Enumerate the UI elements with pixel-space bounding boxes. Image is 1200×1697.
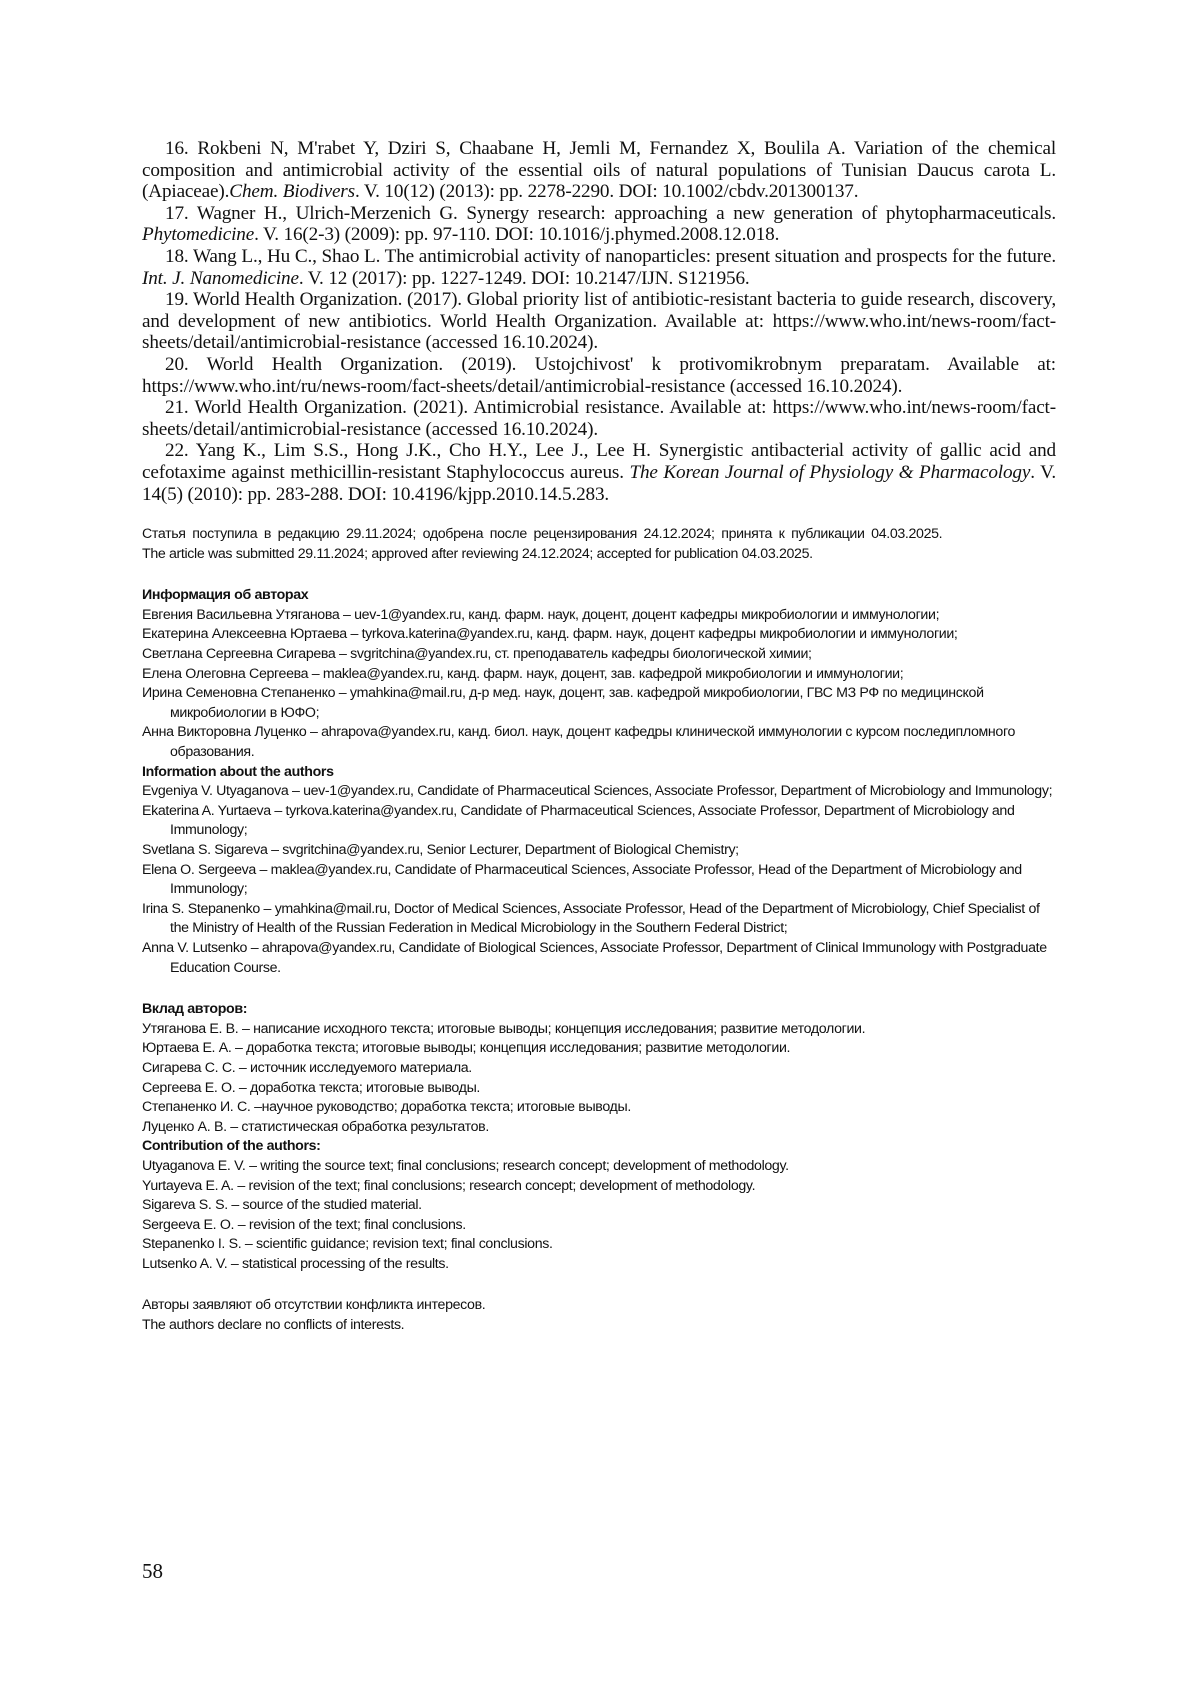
reference-item: 19. World Health Organization. (2017). G… [142,289,1056,354]
author-entry: Екатерина Алексеевна Юртаева – tyrkova.k… [142,625,1056,645]
author-entry: Anna V. Lutsenko – ahrapova@yandex.ru, C… [142,939,1056,978]
conflict-ru: Авторы заявляют об отсутствии конфликта … [142,1296,1056,1316]
author-contribution: Вклад авторов: Утяганова Е. В. – написан… [142,1000,1056,1274]
page-body: 16. Rokbeni N, M'rabet Y, Dziri S, Chaab… [142,138,1056,1336]
reference-list: 16. Rokbeni N, M'rabet Y, Dziri S, Chaab… [142,138,1056,505]
reference-item: 20. World Health Organization. (2019). U… [142,354,1056,397]
dates-en: The article was submitted 29.11.2024; ap… [142,545,1056,565]
author-entry: Ирина Семеновна Степаненко – ymahkina@ma… [142,684,1056,723]
author-entry: Elena O. Sergeeva – maklea@yandex.ru, Ca… [142,861,1056,900]
journal-title: The Korean Journal of Physiology & Pharm… [629,462,1030,483]
author-entry: Евгения Васильевна Утяганова – uev-1@yan… [142,606,1056,626]
author-entry: Светлана Сергеевна Сигарева – svgritchin… [142,645,1056,665]
author-entry: Svetlana S. Sigareva – svgritchina@yande… [142,841,1056,861]
contribution-line: Stepanenko I. S. – scientific guidance; … [142,1235,1056,1255]
author-info: Информация об авторах Евгения Васильевна… [142,586,1056,978]
contribution-line: Sergeeva E. O. – revision of the text; f… [142,1216,1056,1236]
reference-item: 17. Wagner H., Ulrich-Merzenich G. Syner… [142,203,1056,246]
contribution-heading-ru: Вклад авторов: [142,1000,1056,1020]
contribution-line: Lutsenko A. V. – statistical processing … [142,1255,1056,1275]
reference-item: 16. Rokbeni N, M'rabet Y, Dziri S, Chaab… [142,138,1056,203]
author-entry: Анна Викторовна Луценко – ahrapova@yande… [142,723,1056,762]
contribution-line: Юртаева Е. А. – доработка текста; итогов… [142,1039,1056,1059]
contribution-line: Луценко А. В. – статистическая обработка… [142,1118,1056,1138]
reference-item: 22. Yang K., Lim S.S., Hong J.K., Cho H.… [142,440,1056,505]
journal-title: Chem. Biodivers [229,181,355,202]
author-entry: Елена Олеговна Сергеева – maklea@yandex.… [142,665,1056,685]
contribution-line: Утяганова Е. В. – написание исходного те… [142,1020,1056,1040]
contribution-line: Сергеева Е. О. – доработка текста; итого… [142,1079,1056,1099]
author-entry: Evgeniya V. Utyaganova – uev-1@yandex.ru… [142,782,1056,802]
author-info-heading-ru: Информация об авторах [142,586,1056,606]
contribution-heading-en: Contribution of the authors: [142,1137,1056,1157]
reference-item: 18. Wang L., Hu C., Shao L. The antimicr… [142,246,1056,289]
reference-item: 21. World Health Organization. (2021). A… [142,397,1056,440]
contribution-line: Yurtayeva E. A. – revision of the text; … [142,1177,1056,1197]
conflict-en: The authors declare no conflicts of inte… [142,1316,1056,1336]
dates-ru: Статья поступила в редакцию 29.11.2024; … [142,525,1056,545]
author-entry: Irina S. Stepanenko – ymahkina@mail.ru, … [142,900,1056,939]
page-number: 58 [142,1559,163,1584]
author-entry: Ekaterina A. Yurtaeva – tyrkova.katerina… [142,802,1056,841]
contribution-line: Сигарева С. С. – источник исследуемого м… [142,1059,1056,1079]
submission-dates: Статья поступила в редакцию 29.11.2024; … [142,525,1056,564]
contribution-line: Степаненко И. С. –научное руководство; д… [142,1098,1056,1118]
conflict-of-interest: Авторы заявляют об отсутствии конфликта … [142,1296,1056,1335]
journal-title: Phytomedicine [142,224,254,245]
author-info-heading-en: Information about the authors [142,763,1056,783]
journal-title: Int. J. Nanomedicine [142,268,299,289]
contribution-line: Utyaganova E. V. – writing the source te… [142,1157,1056,1177]
contribution-line: Sigareva S. S. – source of the studied m… [142,1196,1056,1216]
